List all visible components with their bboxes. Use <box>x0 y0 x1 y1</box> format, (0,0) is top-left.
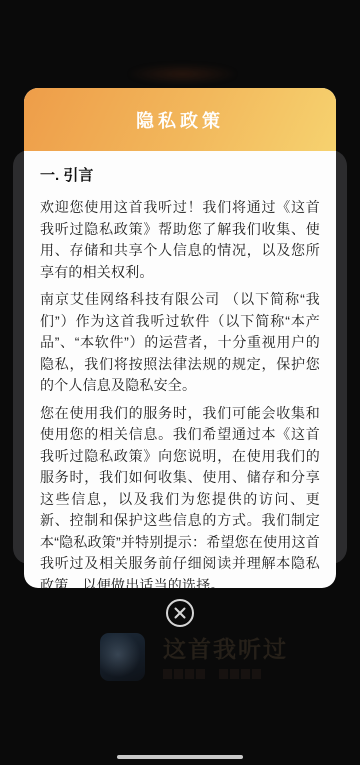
policy-paragraph: 南京艾佳网络科技有限公司 （以下简称“我们”）作为这首我听过软件（以下简称“本产… <box>40 289 320 397</box>
dialog-header: 隐私政策 <box>24 88 336 151</box>
home-indicator[interactable] <box>117 755 243 759</box>
app-screen: 隐私政策 一. 引言 欢迎您使用这首我听过！我们将通过《这首我听过隐私政策》帮助… <box>0 0 360 765</box>
app-identity-text: 这首我听过 <box>163 633 288 681</box>
policy-paragraph: 欢迎您使用这首我听过！我们将通过《这首我听过隐私政策》帮助您了解我们收集、使用、… <box>40 197 320 283</box>
privacy-policy-text[interactable]: 一. 引言 欢迎您使用这首我听过！我们将通过《这首我听过隐私政策》帮助您了解我们… <box>24 151 336 588</box>
dialog-title: 隐私政策 <box>136 107 224 133</box>
close-button[interactable] <box>165 598 195 628</box>
dimmed-app-identity: 这首我听过 <box>100 633 288 681</box>
app-logo <box>100 633 145 681</box>
circle-x-icon <box>165 598 195 628</box>
app-name: 这首我听过 <box>163 636 288 662</box>
dimmed-background-artifact <box>130 64 235 84</box>
privacy-policy-dialog: 隐私政策 一. 引言 欢迎您使用这首我听过！我们将通过《这首我听过隐私政策》帮助… <box>24 88 336 588</box>
section-heading: 一. 引言 <box>40 168 320 184</box>
dimmed-tagline <box>163 669 288 679</box>
policy-paragraph: 您在使用我们的服务时，我们可能会收集和使用您的相关信息。我们希望通过本《这首我听… <box>40 403 320 589</box>
